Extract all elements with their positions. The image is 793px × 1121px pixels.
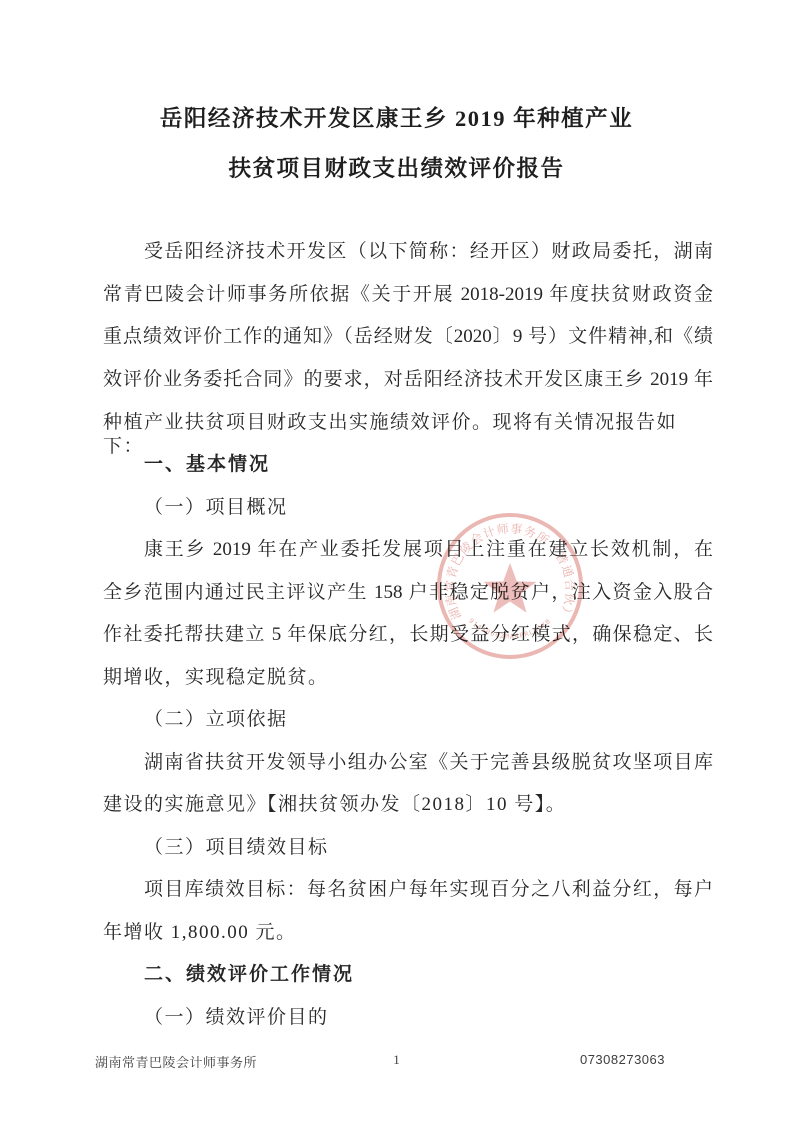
document-title-line-2: 扶贫项目财政支出绩效评价报告	[0, 151, 793, 183]
document-title-line-1: 岳阳经济技术开发区康王乡 2019 年种植产业	[0, 101, 793, 133]
section-heading-1: 一、基本情况	[103, 453, 713, 477]
section-heading-2: 二、绩效评价工作情况	[103, 963, 713, 987]
subsection-heading: （三）项目绩效目标	[103, 836, 713, 860]
body-line: 湖南省扶贫开发领导小组办公室《关于完善县级脱贫攻坚项目库	[103, 751, 713, 775]
body-line: 受岳阳经济技术开发区（以下简称：经开区）财政局委托，湖南	[103, 240, 713, 264]
body-line: 全乡范围内通过民主评议产生 158 户非稳定脱贫户，注入资金入股合	[103, 581, 713, 605]
seal-ring-text: 湖南常青巴陵会计师事务所（普通合伙）	[442, 521, 579, 623]
body-line: 种植产业扶贫项目财政支出实施绩效评价。现将有关情况报告如下：	[103, 411, 713, 459]
subsection-heading: （一）绩效评价目的	[103, 1006, 713, 1030]
body-line: 康王乡 2019 年在产业委托发展项目上注重在建立长效机制，在	[103, 538, 713, 562]
body-line: 常青巴陵会计师事务所依据《关于开展 2018-2019 年度扶贫财政资金	[103, 283, 713, 307]
body-line: 重点绩效评价工作的通知》（岳经财发〔2020〕9 号）文件精神,和《绩	[103, 325, 713, 349]
body-line: 项目库绩效目标：每名贫困户每年实现百分之八利益分红，每户	[103, 878, 713, 902]
body-line: 建设的实施意见》【湘扶贫领办发〔2018〕10 号】。	[103, 793, 713, 817]
body-line: 作社委托帮扶建立 5 年保底分红，长期受益分红模式，确保稳定、长	[103, 623, 713, 647]
subsection-heading: （二）立项依据	[103, 708, 713, 732]
footer-page-number: 1	[0, 1052, 793, 1068]
body-line: 年增收 1,800.00 元。	[103, 921, 713, 945]
subsection-heading: （一）项目概况	[103, 496, 713, 520]
body-line: 期增收，实现稳定脱贫。	[103, 666, 713, 690]
document-page: 岳阳经济技术开发区康王乡 2019 年种植产业 扶贫项目财政支出绩效评价报告 受…	[0, 0, 793, 1121]
footer-phone-number: 07308273063	[580, 1052, 665, 1067]
body-line: 效评价业务委托合同》的要求，对岳阳经济技术开发区康王乡 2019 年	[103, 368, 713, 392]
